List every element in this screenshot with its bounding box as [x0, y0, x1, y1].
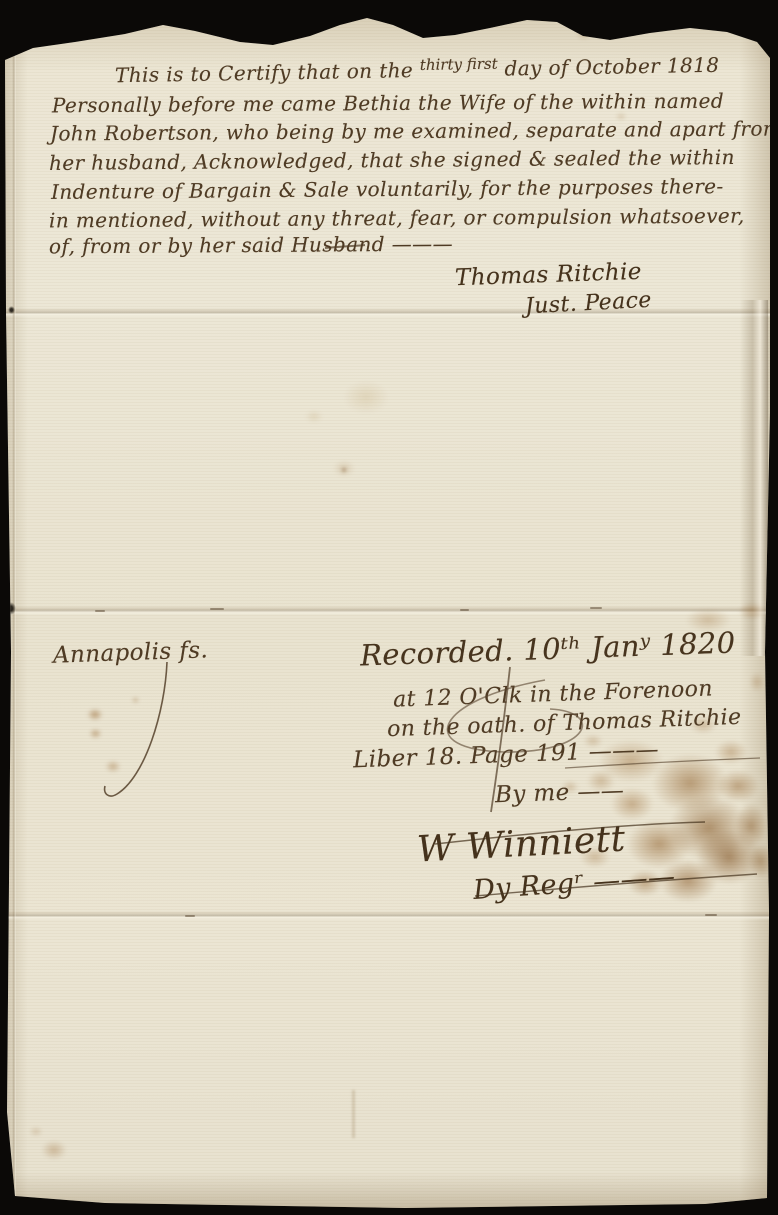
- stain: [669, 796, 749, 860]
- worm-hole: [6, 602, 16, 615]
- crease-nick: [705, 914, 717, 916]
- cert-line: Personally before me came Bethia the Wif…: [52, 89, 724, 118]
- registrar-signature: W Winniett: [416, 819, 626, 871]
- stain: [333, 460, 355, 477]
- fold-crease: [5, 606, 770, 615]
- scanned-document-photo: This is to Certify that on the thirty fi…: [0, 0, 778, 1215]
- justice-title: Just. Peace: [524, 288, 652, 320]
- stain: [87, 708, 103, 721]
- stain: [717, 770, 759, 802]
- stain: [749, 844, 773, 878]
- stain: [735, 804, 767, 848]
- manuscript-paper: This is to Certify that on the thirty fi…: [5, 12, 770, 1208]
- stain: [305, 410, 323, 423]
- stain: [749, 672, 765, 692]
- stain: [41, 1140, 67, 1160]
- stain: [343, 380, 389, 414]
- worm-hole: [8, 306, 15, 314]
- cert-line: of, from or by her said Husband ———: [49, 232, 453, 259]
- stain: [89, 728, 102, 739]
- stain: [105, 760, 121, 773]
- crease-nick: [95, 610, 105, 612]
- cert-line: in mentioned, without any threat, fear, …: [49, 204, 745, 233]
- cert-line: This is to Certify that on the thirty fi…: [115, 53, 720, 88]
- scratch-mark: [352, 1090, 355, 1138]
- stain: [341, 467, 347, 473]
- justice-signature: Thomas Ritchie: [455, 259, 643, 292]
- stain: [131, 696, 140, 704]
- cert-line1-suffix: day of October 1818: [504, 53, 719, 81]
- paper-curl-edge: [740, 300, 768, 656]
- cert-line1-interlined: thirty first: [420, 55, 498, 74]
- stain: [715, 740, 747, 764]
- recording-line-1: Recorded. 10ᵗʰ Janʸ 1820: [360, 625, 737, 672]
- cert-line1-prefix: This is to Certify that on the: [115, 58, 414, 87]
- stain: [627, 820, 691, 868]
- stain: [738, 602, 766, 620]
- crease-nick: [590, 607, 602, 609]
- stain: [576, 29, 592, 40]
- jurisdiction-label: Annapolis fs.: [53, 637, 209, 668]
- crease-nick: [460, 609, 469, 611]
- fold-crease: [5, 911, 770, 920]
- stain: [653, 754, 727, 812]
- cert-line: her husband, Acknowledged, that she sign…: [49, 145, 735, 175]
- fold-crease: [5, 308, 770, 317]
- cert-line: John Robertson, who being by me examined…: [50, 116, 778, 145]
- stain: [29, 1126, 43, 1137]
- cert-line: Indenture of Bargain & Sale voluntarily,…: [51, 174, 724, 204]
- crease-nick: [210, 608, 224, 610]
- attestation-line: By me ——: [495, 778, 625, 808]
- stain: [697, 830, 761, 884]
- crease-nick: [185, 915, 195, 917]
- recording-line-4: Liber 18. Page 191 ———: [353, 737, 660, 774]
- registrar-title: Dy Regʳ ———: [472, 861, 676, 906]
